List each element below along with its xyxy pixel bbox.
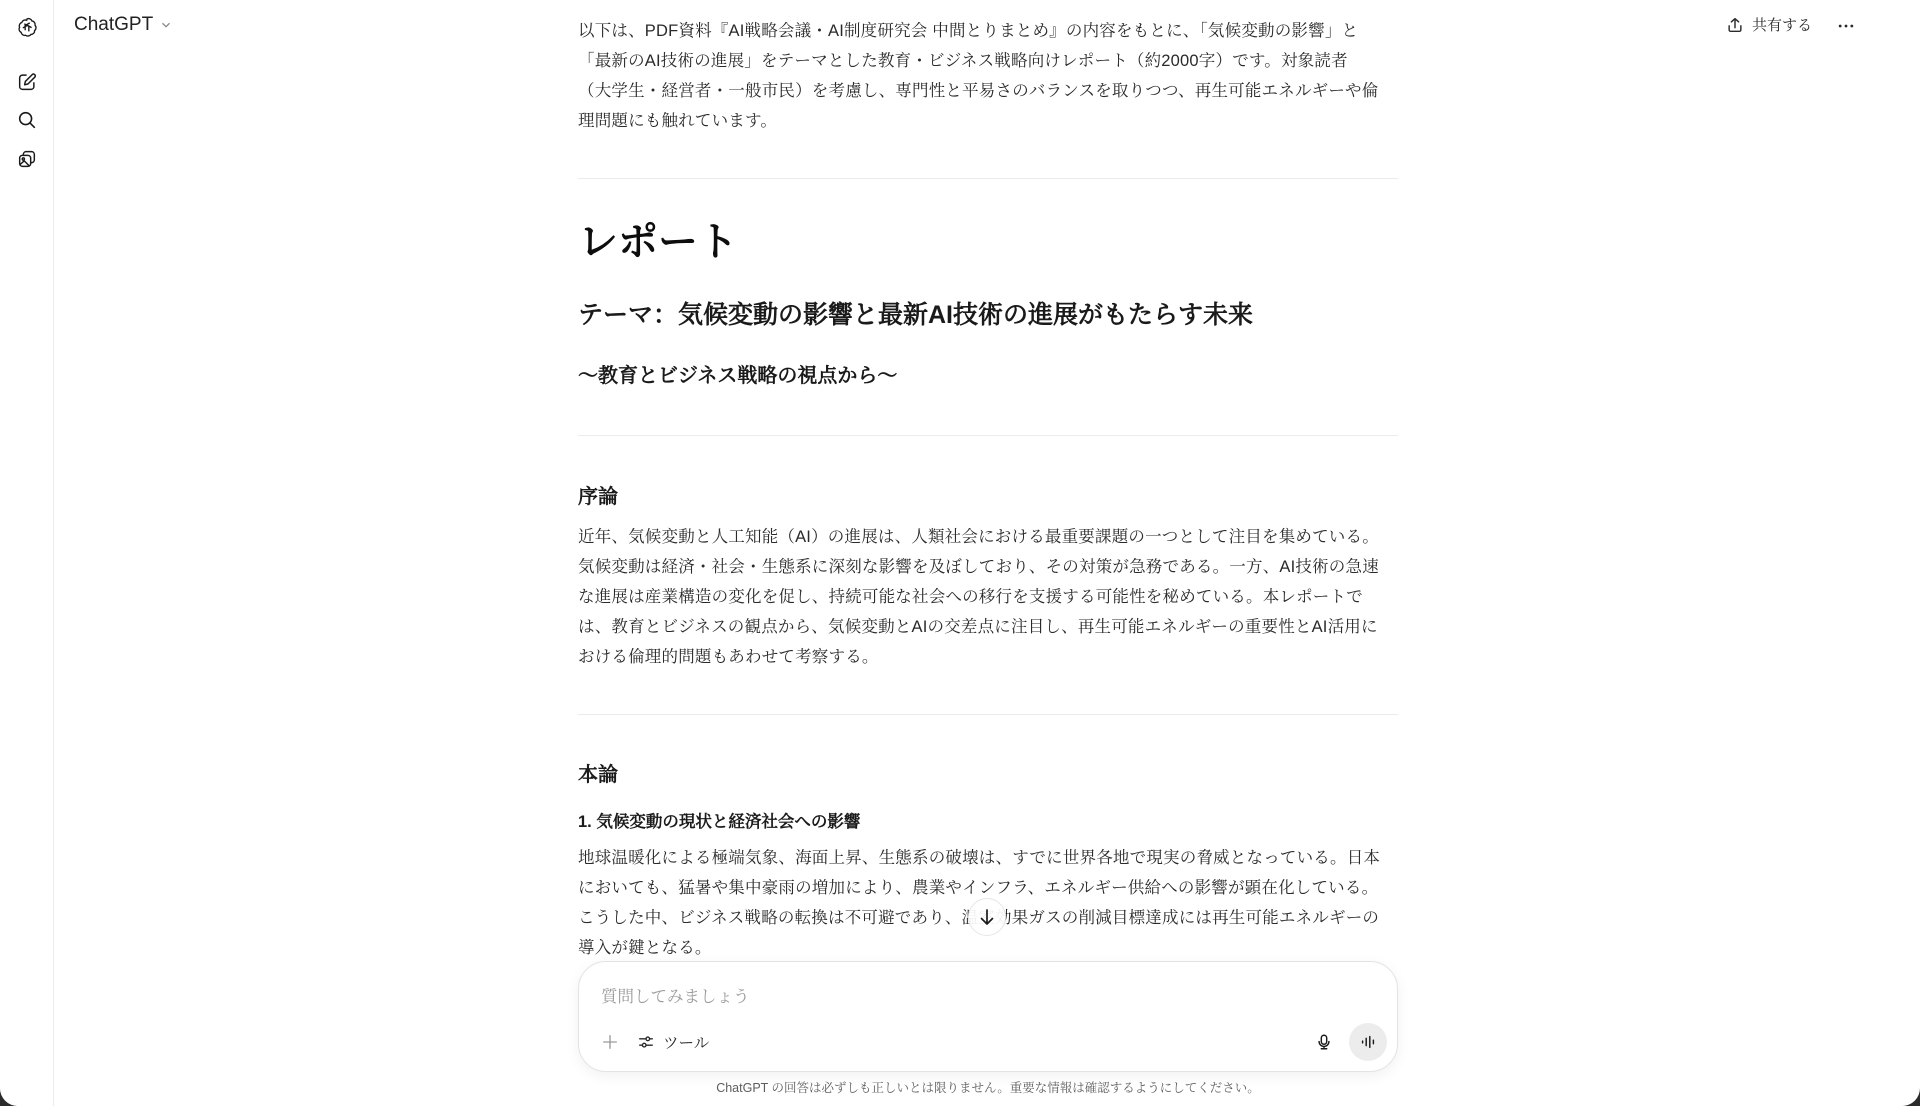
- add-attachment-button[interactable]: [597, 1029, 623, 1055]
- chatgpt-window: ChatGPT 共有する 以下は、PDF資料『AI戦略会議・AI制度研究会 中間…: [0, 0, 1920, 1106]
- paragraph-line: おける倫理的問題もあわせて考察する。: [578, 642, 1398, 672]
- intro-line: （大学生・経営者・一般市民）を考慮し、専門性と平易さのバランスを取りつつ、再生可…: [578, 76, 1398, 106]
- section-heading-intro: 序論: [578, 483, 618, 511]
- share-icon: [1726, 16, 1744, 34]
- report-title: レポート: [578, 218, 738, 266]
- paragraph-line: 近年、気候変動と人工知能（AI）の進展は、人類社会における最重要課題の一つとして…: [578, 522, 1398, 552]
- sliders-icon: [637, 1033, 655, 1051]
- ellipsis-icon: [1836, 16, 1856, 36]
- divider: [578, 435, 1398, 436]
- model-selector[interactable]: ChatGPT: [74, 14, 173, 36]
- scroll-to-bottom-button[interactable]: [968, 898, 1006, 936]
- library-icon[interactable]: [15, 147, 39, 171]
- chevron-down-icon: [159, 18, 173, 32]
- paragraph-line: は、教育とビジネスの観点から、気候変動とAIの交差点に注目し、再生可能エネルギー…: [578, 612, 1398, 642]
- paragraph-line: 気候変動は経済・社会・生態系に深刻な影響を及ぼしており、その対策が急務である。一…: [578, 552, 1398, 582]
- openai-logo-icon[interactable]: [15, 15, 39, 39]
- tools-label: ツール: [663, 1031, 709, 1053]
- model-name: ChatGPT: [74, 14, 153, 36]
- divider: [578, 178, 1398, 179]
- sidebar-rail: [0, 0, 54, 1106]
- plus-icon: [601, 1033, 619, 1051]
- subsection-heading: 1. 気候変動の現状と経済社会への影響: [578, 809, 860, 835]
- paragraph-line: 導入が鍵となる。: [578, 933, 1398, 963]
- intro-paragraph: 以下は、PDF資料『AI戦略会議・AI制度研究会 中間とりまとめ』の内容をもとに…: [578, 16, 1398, 136]
- composer: ツール: [578, 961, 1398, 1072]
- dictate-button[interactable]: [1310, 1028, 1338, 1056]
- search-icon[interactable]: [15, 108, 39, 132]
- divider: [578, 714, 1398, 715]
- intro-line: 以下は、PDF資料『AI戦略会議・AI制度研究会 中間とりまとめ』の内容をもとに…: [578, 16, 1398, 46]
- arrow-down-icon: [977, 907, 997, 927]
- voice-mode-button[interactable]: [1349, 1023, 1387, 1061]
- prompt-input[interactable]: [601, 982, 1301, 1012]
- report-subtitle: 〜教育とビジネス戦略の視点から〜: [578, 362, 897, 390]
- tools-button[interactable]: ツール: [637, 1029, 709, 1055]
- microphone-icon: [1315, 1033, 1333, 1051]
- disclaimer-text: ChatGPT の回答は必ずしも正しいとは限りません。重要な情報は確認するように…: [578, 1078, 1398, 1096]
- intro-line: 「最新のAI技術の進展」をテーマとした教育・ビジネス戦略向けレポート（約2000…: [578, 46, 1398, 76]
- intro-line: 理問題にも触れています。: [578, 106, 1398, 136]
- report-theme: テーマ：気候変動の影響と最新AI技術の進展がもたらす未来: [578, 298, 1253, 332]
- share-label: 共有する: [1752, 14, 1812, 35]
- more-options-button[interactable]: [1834, 14, 1858, 38]
- paragraph-line: な進展は産業構造の変化を促し、持続可能な社会への移行を支援する可能性を秘めている…: [578, 582, 1398, 612]
- share-button[interactable]: 共有する: [1726, 14, 1812, 35]
- intro-section-paragraph: 近年、気候変動と人工知能（AI）の進展は、人類社会における最重要課題の一つとして…: [578, 522, 1398, 672]
- paragraph-line: 地球温暖化による極端気象、海面上昇、生態系の破壊は、すでに世界各地で現実の脅威と…: [578, 843, 1398, 873]
- voice-waveform-icon: [1359, 1033, 1377, 1051]
- new-chat-icon[interactable]: [15, 70, 39, 94]
- section-heading-main: 本論: [578, 761, 618, 789]
